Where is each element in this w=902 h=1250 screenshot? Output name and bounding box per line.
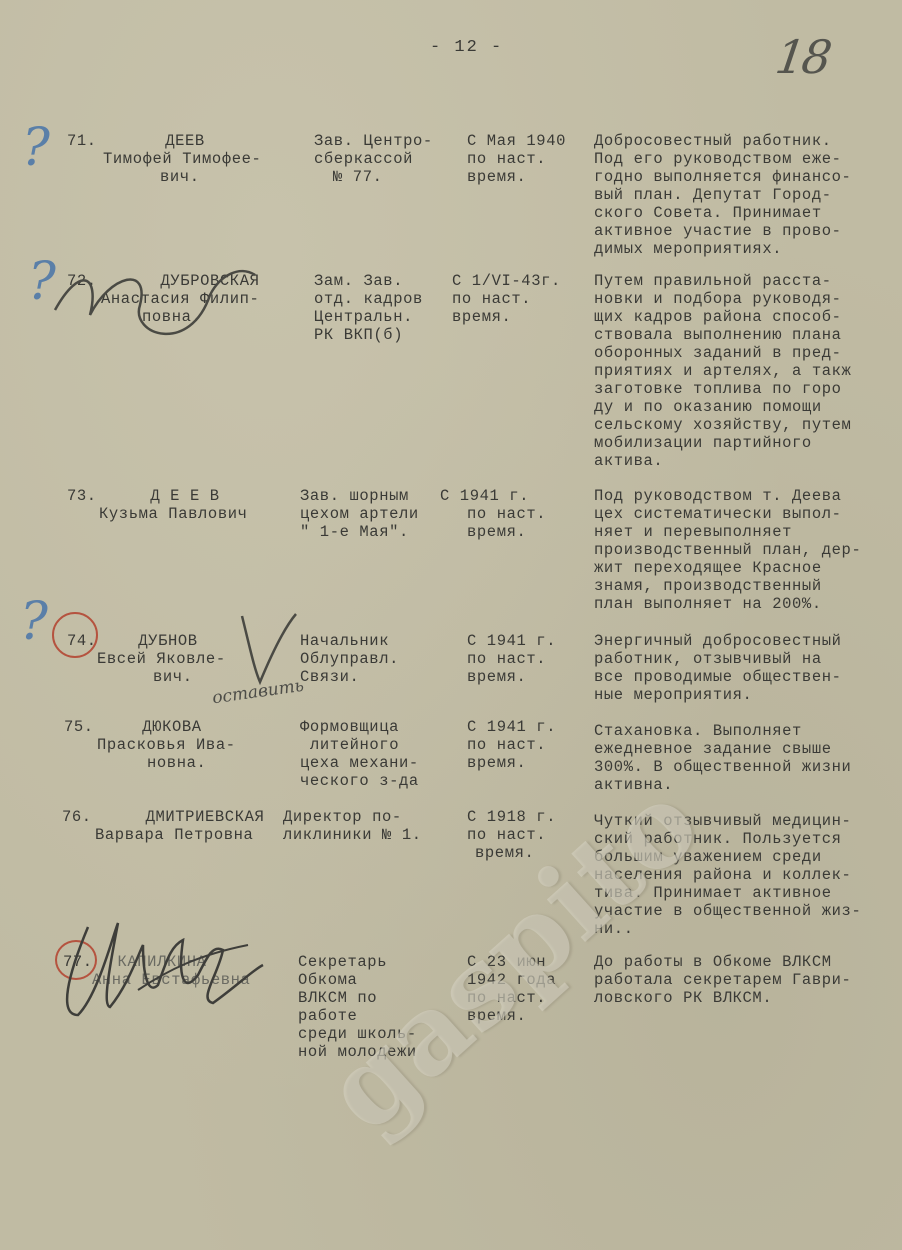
entry-since: С Мая 1940 <box>467 132 566 151</box>
entry-description: Под его руководством еже- <box>594 150 842 169</box>
entry-description: ловского РК ВЛКСМ. <box>594 989 772 1008</box>
entry-description: оборонных заданий в пред- <box>594 344 842 363</box>
strikethrough-scribble-icon <box>48 915 278 1025</box>
entry-description: ежедневное задание свыше <box>594 740 832 759</box>
entry-description: ского Совета. Принимает <box>594 204 822 223</box>
entry-since: время. <box>467 168 526 187</box>
entry-description: знамя, производственный <box>594 577 822 596</box>
strikethrough-scribble-icon <box>40 255 260 355</box>
entry-since: по наст. <box>467 826 546 845</box>
entry-position: Центральн. <box>314 308 413 327</box>
entry-description: Под руководством т. Деева <box>594 487 842 506</box>
entry-description: работник, отзывчивый на <box>594 650 822 669</box>
entry-name-line: вич. <box>153 668 193 687</box>
entry-description: план выполняет на 200%. <box>594 595 822 614</box>
entry-position: Секретарь <box>298 953 387 972</box>
entry-since: время. <box>452 308 511 327</box>
entry-position: Обкома <box>298 971 357 990</box>
question-mark-icon: ? <box>20 592 48 652</box>
entry-since: С 1941 г. <box>467 718 556 737</box>
entry-position: № 77. <box>333 168 383 187</box>
entry-since: С 1941 г. <box>467 632 556 651</box>
entry-description: производственный план, дер- <box>594 541 861 560</box>
entry-position: Директор по- <box>283 808 402 827</box>
entry-since: по наст. <box>467 736 546 755</box>
entry-surname: ДЕЕВ <box>85 132 285 151</box>
entry-description: Энергичный добросовестный <box>594 632 842 651</box>
entry-position: Начальник <box>300 632 389 651</box>
entry-description: новки и подбора руководя- <box>594 290 842 309</box>
entry-description: жит переходящее Красное <box>594 559 822 578</box>
entry-description: мобилизации партийного <box>594 434 812 453</box>
entry-position: цехом артели <box>300 505 419 524</box>
entry-name-line: новна. <box>147 754 206 773</box>
entry-surname: Д Е Е В <box>85 487 285 506</box>
question-mark-icon: ? <box>22 118 50 178</box>
entry-since: С 1/VI-43г. <box>452 272 561 291</box>
entry-name-line: Кузьма Павлович <box>99 505 248 524</box>
entry-description: все проводимые обществен- <box>594 668 842 687</box>
entry-description: заготовке топлива по горо <box>594 380 842 399</box>
entry-name-line: Варвара Петровна <box>95 826 253 845</box>
entry-since: С 1941 г. <box>440 487 529 506</box>
entry-since: время. <box>467 754 526 773</box>
entry-surname: ДЮКОВА <box>72 718 272 737</box>
entry-since: по наст. <box>467 505 546 524</box>
entry-since: С 1918 г. <box>467 808 556 827</box>
entry-description: димых мероприятиях. <box>594 240 782 259</box>
entry-name-line: Евсей Яковле- <box>97 650 226 669</box>
entry-position: Облуправл. <box>300 650 399 669</box>
entry-description: няет и перевыполняет <box>594 523 792 542</box>
entry-position: Связи. <box>300 668 359 687</box>
page-number: - 12 - <box>430 38 503 57</box>
checkmark-v-icon <box>232 608 302 688</box>
entry-description: цех систематически выпол- <box>594 505 842 524</box>
entry-surname: ДМИТРИЕВСКАЯ <box>105 808 305 827</box>
entry-description: работала секретарем Гаври- <box>594 971 851 990</box>
entry-since: время. <box>467 668 526 687</box>
entry-position: ческого з-да <box>300 772 419 791</box>
entry-description: Добросовестный работник. <box>594 132 832 151</box>
entry-description: До работы в Обкоме ВЛКСМ <box>594 953 832 972</box>
entry-description: активное участие в прово- <box>594 222 842 241</box>
entry-since: по наст. <box>467 150 546 169</box>
entry-position: РК ВКП(б) <box>314 326 403 345</box>
entry-position: сберкассой <box>314 150 413 169</box>
entry-description: ные мероприятия. <box>594 686 752 705</box>
entry-since: по наст. <box>452 290 531 309</box>
entry-since: время. <box>467 523 526 542</box>
entry-position: Зав. шорным <box>300 487 409 506</box>
entry-name-line: вич. <box>160 168 200 187</box>
entry-name-line: Прасковья Ива- <box>97 736 236 755</box>
entry-since: по наст. <box>467 650 546 669</box>
entry-description: Стахановка. Выполняет <box>594 722 802 741</box>
entry-description: ствовала выполнению плана <box>594 326 842 345</box>
entry-description: Путем правильной расста- <box>594 272 832 291</box>
entry-position: Зам. Зав. <box>314 272 403 291</box>
entry-description: актива. <box>594 452 663 471</box>
archival-document-page: - 12 - 18 ? 71. ДЕЕВ Тимофей Тимофее- ви… <box>0 0 902 1250</box>
entry-position: " 1-е Мая". <box>300 523 409 542</box>
entry-description: годно выполняется финансо- <box>594 168 851 187</box>
entry-position: отд. кадров <box>314 290 423 309</box>
entry-name-line: Тимофей Тимофее- <box>103 150 261 169</box>
entry-position: Зав. Центро- <box>314 132 433 151</box>
entry-description: вый план. Депутат Город- <box>594 186 832 205</box>
entry-description: ду и по оказанию помощи <box>594 398 822 417</box>
entry-position: цеха механи- <box>300 754 419 773</box>
entry-position: ликлиники № 1. <box>283 826 422 845</box>
entry-description: щих кадров района способ- <box>594 308 842 327</box>
entry-description: сельскому хозяйству, путем <box>594 416 851 435</box>
entry-position: Формовщица <box>300 718 399 737</box>
entry-description: приятиях и артелях, а такж <box>594 362 851 381</box>
archive-sheet-number: 18 <box>772 30 832 84</box>
entry-position: литейного <box>310 736 399 755</box>
